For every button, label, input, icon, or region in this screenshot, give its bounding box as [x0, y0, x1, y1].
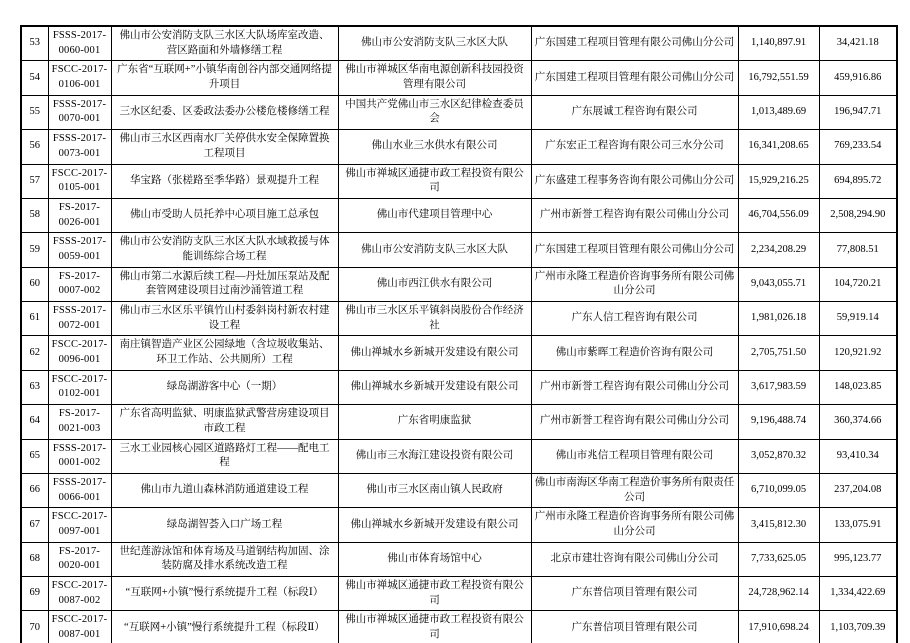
consulting-firm-cell: 广州市新誉工程咨询有限公司佛山分公司 [531, 198, 738, 232]
amount-2-cell: 93,410.34 [819, 439, 897, 473]
project-code-cell: FSSS-2017-0072-001 [48, 302, 111, 336]
amount-1-cell: 6,710,099.05 [738, 473, 819, 507]
amount-1-cell: 24,728,962.14 [738, 577, 819, 611]
project-code-cell: FSCC-2017-0087-002 [48, 577, 111, 611]
row-number-cell: 54 [21, 61, 48, 95]
row-number-cell: 66 [21, 473, 48, 507]
project-code-cell: FS-2017-0007-002 [48, 267, 111, 301]
amount-2-cell: 237,204.08 [819, 473, 897, 507]
amount-1-cell: 3,415,812.30 [738, 508, 819, 542]
consulting-firm-cell: 北京市建壮咨询有限公司佛山分公司 [531, 542, 738, 576]
project-name-cell: 三水区纪委、区委政法委办公楼危楼修缮工程 [111, 95, 338, 129]
table-row: 67 FSCC-2017-0097-001 绿岛湖智荟入口广场工程 佛山禅城水乡… [21, 508, 897, 542]
consulting-firm-cell: 广州市新誉工程咨询有限公司佛山分公司 [531, 370, 738, 404]
amount-1-cell: 2,234,208.29 [738, 233, 819, 267]
project-name-cell: 佛山市受助人员托养中心项目施工总承包 [111, 198, 338, 232]
owner-org-cell: 佛山市禅城区通捷市政工程投资有限公司 [338, 164, 531, 198]
project-name-cell: 绿岛湖智荟入口广场工程 [111, 508, 338, 542]
table-row: 64 FS-2017-0021-003 广东省高明监狱、明康监狱武警营房建设项目… [21, 405, 897, 439]
row-number-cell: 68 [21, 542, 48, 576]
amount-2-cell: 34,421.18 [819, 26, 897, 61]
consulting-firm-cell: 广东宏正工程咨询有限公司三水分公司 [531, 130, 738, 164]
owner-org-cell: 佛山市体育场馆中心 [338, 542, 531, 576]
project-code-cell: FSCC-2017-0087-001 [48, 611, 111, 643]
table-row: 70 FSCC-2017-0087-001 “互联网+小镇”慢行系统提升工程（标… [21, 611, 897, 643]
project-name-cell: 佛山市三水区乐平镇竹山村委斜岗村新农村建设工程 [111, 302, 338, 336]
amount-1-cell: 16,341,208.65 [738, 130, 819, 164]
consulting-firm-cell: 广东盛建工程事务咨询有限公司佛山分公司 [531, 164, 738, 198]
project-code-cell: FS-2017-0021-003 [48, 405, 111, 439]
row-number-cell: 67 [21, 508, 48, 542]
amount-2-cell: 104,720.21 [819, 267, 897, 301]
row-number-cell: 63 [21, 370, 48, 404]
project-name-cell: “互联网+小镇”慢行系统提升工程（标段Ⅱ） [111, 611, 338, 643]
table-row: 63 FSCC-2017-0102-001 绿岛湖游客中心（一期） 佛山禅城水乡… [21, 370, 897, 404]
project-code-cell: FSSS-2017-0073-001 [48, 130, 111, 164]
table-row: 56 FSSS-2017-0073-001 佛山市三水区西南水厂关停供水安全保障… [21, 130, 897, 164]
amount-1-cell: 1,981,026.18 [738, 302, 819, 336]
amount-1-cell: 17,910,698.24 [738, 611, 819, 643]
project-code-cell: FSCC-2017-0096-001 [48, 336, 111, 370]
row-number-cell: 69 [21, 577, 48, 611]
table-row: 68 FS-2017-0020-001 世纪莲游泳馆和体育场及马道钢结构加固、涂… [21, 542, 897, 576]
project-code-cell: FS-2017-0020-001 [48, 542, 111, 576]
row-number-cell: 59 [21, 233, 48, 267]
document-page: 53 FSSS-2017-0060-001 佛山市公安消防支队三水区大队场库室改… [0, 0, 910, 643]
consulting-firm-cell: 广州市永隆工程造价咨询事务所有限公司佛山分公司 [531, 267, 738, 301]
amount-2-cell: 459,916.86 [819, 61, 897, 95]
amount-1-cell: 46,704,556.09 [738, 198, 819, 232]
amount-1-cell: 1,013,489.69 [738, 95, 819, 129]
owner-org-cell: 佛山市代建项目管理中心 [338, 198, 531, 232]
row-number-cell: 55 [21, 95, 48, 129]
owner-org-cell: 佛山禅城水乡新城开发建设有限公司 [338, 336, 531, 370]
amount-1-cell: 7,733,625.05 [738, 542, 819, 576]
project-code-cell: FSCC-2017-0105-001 [48, 164, 111, 198]
project-code-cell: FSSS-2017-0066-001 [48, 473, 111, 507]
project-name-cell: 三水工业园核心园区道路路灯工程——配电工程 [111, 439, 338, 473]
consulting-firm-cell: 广东国建工程项目管理有限公司佛山分公司 [531, 61, 738, 95]
row-number-cell: 64 [21, 405, 48, 439]
table-row: 59 FSSS-2017-0059-001 佛山市公安消防支队三水区大队水域救援… [21, 233, 897, 267]
owner-org-cell: 佛山市公安消防支队三水区大队 [338, 233, 531, 267]
project-name-cell: 佛山市九道山森林消防通道建设工程 [111, 473, 338, 507]
owner-org-cell: 佛山市三水区乐平镇斜岗股份合作经济社 [338, 302, 531, 336]
amount-2-cell: 995,123.77 [819, 542, 897, 576]
consulting-firm-cell: 广东普信项目管理有限公司 [531, 577, 738, 611]
amount-2-cell: 694,895.72 [819, 164, 897, 198]
projects-table: 53 FSSS-2017-0060-001 佛山市公安消防支队三水区大队场库室改… [20, 25, 898, 643]
amount-1-cell: 3,052,870.32 [738, 439, 819, 473]
consulting-firm-cell: 广东国建工程项目管理有限公司佛山分公司 [531, 26, 738, 61]
consulting-firm-cell: 广州市永隆工程造价咨询事务所有限公司佛山分公司 [531, 508, 738, 542]
owner-org-cell: 佛山禅城水乡新城开发建设有限公司 [338, 508, 531, 542]
project-code-cell: FSSS-2017-0060-001 [48, 26, 111, 61]
project-code-cell: FS-2017-0026-001 [48, 198, 111, 232]
project-code-cell: FSCC-2017-0102-001 [48, 370, 111, 404]
owner-org-cell: 佛山水业三水供水有限公司 [338, 130, 531, 164]
amount-2-cell: 1,103,709.39 [819, 611, 897, 643]
amount-1-cell: 9,196,488.74 [738, 405, 819, 439]
row-number-cell: 58 [21, 198, 48, 232]
amount-2-cell: 133,075.91 [819, 508, 897, 542]
owner-org-cell: 佛山市西江供水有限公司 [338, 267, 531, 301]
owner-org-cell: 佛山市三水海江建设投资有限公司 [338, 439, 531, 473]
amount-2-cell: 2,508,294.90 [819, 198, 897, 232]
consulting-firm-cell: 广东展诚工程咨询有限公司 [531, 95, 738, 129]
table-row: 65 FSSS-2017-0001-002 三水工业园核心园区道路路灯工程——配… [21, 439, 897, 473]
row-number-cell: 62 [21, 336, 48, 370]
row-number-cell: 56 [21, 130, 48, 164]
project-name-cell: “互联网+小镇”慢行系统提升工程（标段Ⅰ） [111, 577, 338, 611]
project-name-cell: 佛山市第二水源后续工程—丹灶加压泵站及配套管网建设项目过南沙涌管道工程 [111, 267, 338, 301]
table-row: 61 FSSS-2017-0072-001 佛山市三水区乐平镇竹山村委斜岗村新农… [21, 302, 897, 336]
project-code-cell: FSSS-2017-0059-001 [48, 233, 111, 267]
project-code-cell: FSSS-2017-0001-002 [48, 439, 111, 473]
table-row: 57 FSCC-2017-0105-001 华宝路（张槎路至季华路）景观提升工程… [21, 164, 897, 198]
amount-2-cell: 120,921.92 [819, 336, 897, 370]
amount-1-cell: 9,043,055.71 [738, 267, 819, 301]
row-number-cell: 65 [21, 439, 48, 473]
project-code-cell: FSCC-2017-0106-001 [48, 61, 111, 95]
table-row: 60 FS-2017-0007-002 佛山市第二水源后续工程—丹灶加压泵站及配… [21, 267, 897, 301]
table-row: 55 FSSS-2017-0070-001 三水区纪委、区委政法委办公楼危楼修缮… [21, 95, 897, 129]
project-name-cell: 佛山市公安消防支队三水区大队场库室改造、营区路面和外墙修缮工程 [111, 26, 338, 61]
amount-2-cell: 148,023.85 [819, 370, 897, 404]
amount-1-cell: 2,705,751.50 [738, 336, 819, 370]
amount-2-cell: 769,233.54 [819, 130, 897, 164]
owner-org-cell: 佛山市禅城区华南电源创新科技园投资管理有限公司 [338, 61, 531, 95]
projects-table-body: 53 FSSS-2017-0060-001 佛山市公安消防支队三水区大队场库室改… [21, 26, 897, 643]
project-code-cell: FSCC-2017-0097-001 [48, 508, 111, 542]
amount-1-cell: 1,140,897.91 [738, 26, 819, 61]
owner-org-cell: 佛山市禅城区通捷市政工程投资有限公司 [338, 611, 531, 643]
owner-org-cell: 佛山市公安消防支队三水区大队 [338, 26, 531, 61]
consulting-firm-cell: 广州市新誉工程咨询有限公司佛山分公司 [531, 405, 738, 439]
amount-2-cell: 360,374.66 [819, 405, 897, 439]
owner-org-cell: 佛山市三水区南山镇人民政府 [338, 473, 531, 507]
table-row: 66 FSSS-2017-0066-001 佛山市九道山森林消防通道建设工程 佛… [21, 473, 897, 507]
project-name-cell: 广东省高明监狱、明康监狱武警营房建设项目市政工程 [111, 405, 338, 439]
project-name-cell: 华宝路（张槎路至季华路）景观提升工程 [111, 164, 338, 198]
project-name-cell: 佛山市公安消防支队三水区大队水域救援与体能训练综合场工程 [111, 233, 338, 267]
owner-org-cell: 佛山禅城水乡新城开发建设有限公司 [338, 370, 531, 404]
consulting-firm-cell: 佛山市南海区华南工程造价事务所有限责任公司 [531, 473, 738, 507]
table-row: 53 FSSS-2017-0060-001 佛山市公安消防支队三水区大队场库室改… [21, 26, 897, 61]
amount-1-cell: 16,792,551.59 [738, 61, 819, 95]
consulting-firm-cell: 佛山市兆信工程项目管理有限公司 [531, 439, 738, 473]
amount-1-cell: 3,617,983.59 [738, 370, 819, 404]
table-row: 58 FS-2017-0026-001 佛山市受助人员托养中心项目施工总承包 佛… [21, 198, 897, 232]
project-name-cell: 广东省“互联网+”小镇华南创谷内部交通网络提升项目 [111, 61, 338, 95]
row-number-cell: 61 [21, 302, 48, 336]
consulting-firm-cell: 佛山市紫晖工程造价咨询有限公司 [531, 336, 738, 370]
owner-org-cell: 中国共产党佛山市三水区纪律检查委员会 [338, 95, 531, 129]
amount-2-cell: 77,808.51 [819, 233, 897, 267]
row-number-cell: 70 [21, 611, 48, 643]
consulting-firm-cell: 广东国建工程项目管理有限公司佛山分公司 [531, 233, 738, 267]
table-row: 62 FSCC-2017-0096-001 南庄镇智造产业区公园绿地（含垃圾收集… [21, 336, 897, 370]
amount-1-cell: 15,929,216.25 [738, 164, 819, 198]
project-code-cell: FSSS-2017-0070-001 [48, 95, 111, 129]
table-row: 69 FSCC-2017-0087-002 “互联网+小镇”慢行系统提升工程（标… [21, 577, 897, 611]
project-name-cell: 南庄镇智造产业区公园绿地（含垃圾收集站、环卫工作站、公共厕所）工程 [111, 336, 338, 370]
amount-2-cell: 196,947.71 [819, 95, 897, 129]
row-number-cell: 57 [21, 164, 48, 198]
amount-2-cell: 1,334,422.69 [819, 577, 897, 611]
owner-org-cell: 广东省明康监狱 [338, 405, 531, 439]
project-name-cell: 佛山市三水区西南水厂关停供水安全保障置换工程项目 [111, 130, 338, 164]
table-row: 54 FSCC-2017-0106-001 广东省“互联网+”小镇华南创谷内部交… [21, 61, 897, 95]
row-number-cell: 60 [21, 267, 48, 301]
consulting-firm-cell: 广东人信工程咨询有限公司 [531, 302, 738, 336]
owner-org-cell: 佛山市禅城区通捷市政工程投资有限公司 [338, 577, 531, 611]
project-name-cell: 绿岛湖游客中心（一期） [111, 370, 338, 404]
consulting-firm-cell: 广东普信项目管理有限公司 [531, 611, 738, 643]
amount-2-cell: 59,919.14 [819, 302, 897, 336]
project-name-cell: 世纪莲游泳馆和体育场及马道钢结构加固、涂装防腐及排水系统改造工程 [111, 542, 338, 576]
row-number-cell: 53 [21, 26, 48, 61]
